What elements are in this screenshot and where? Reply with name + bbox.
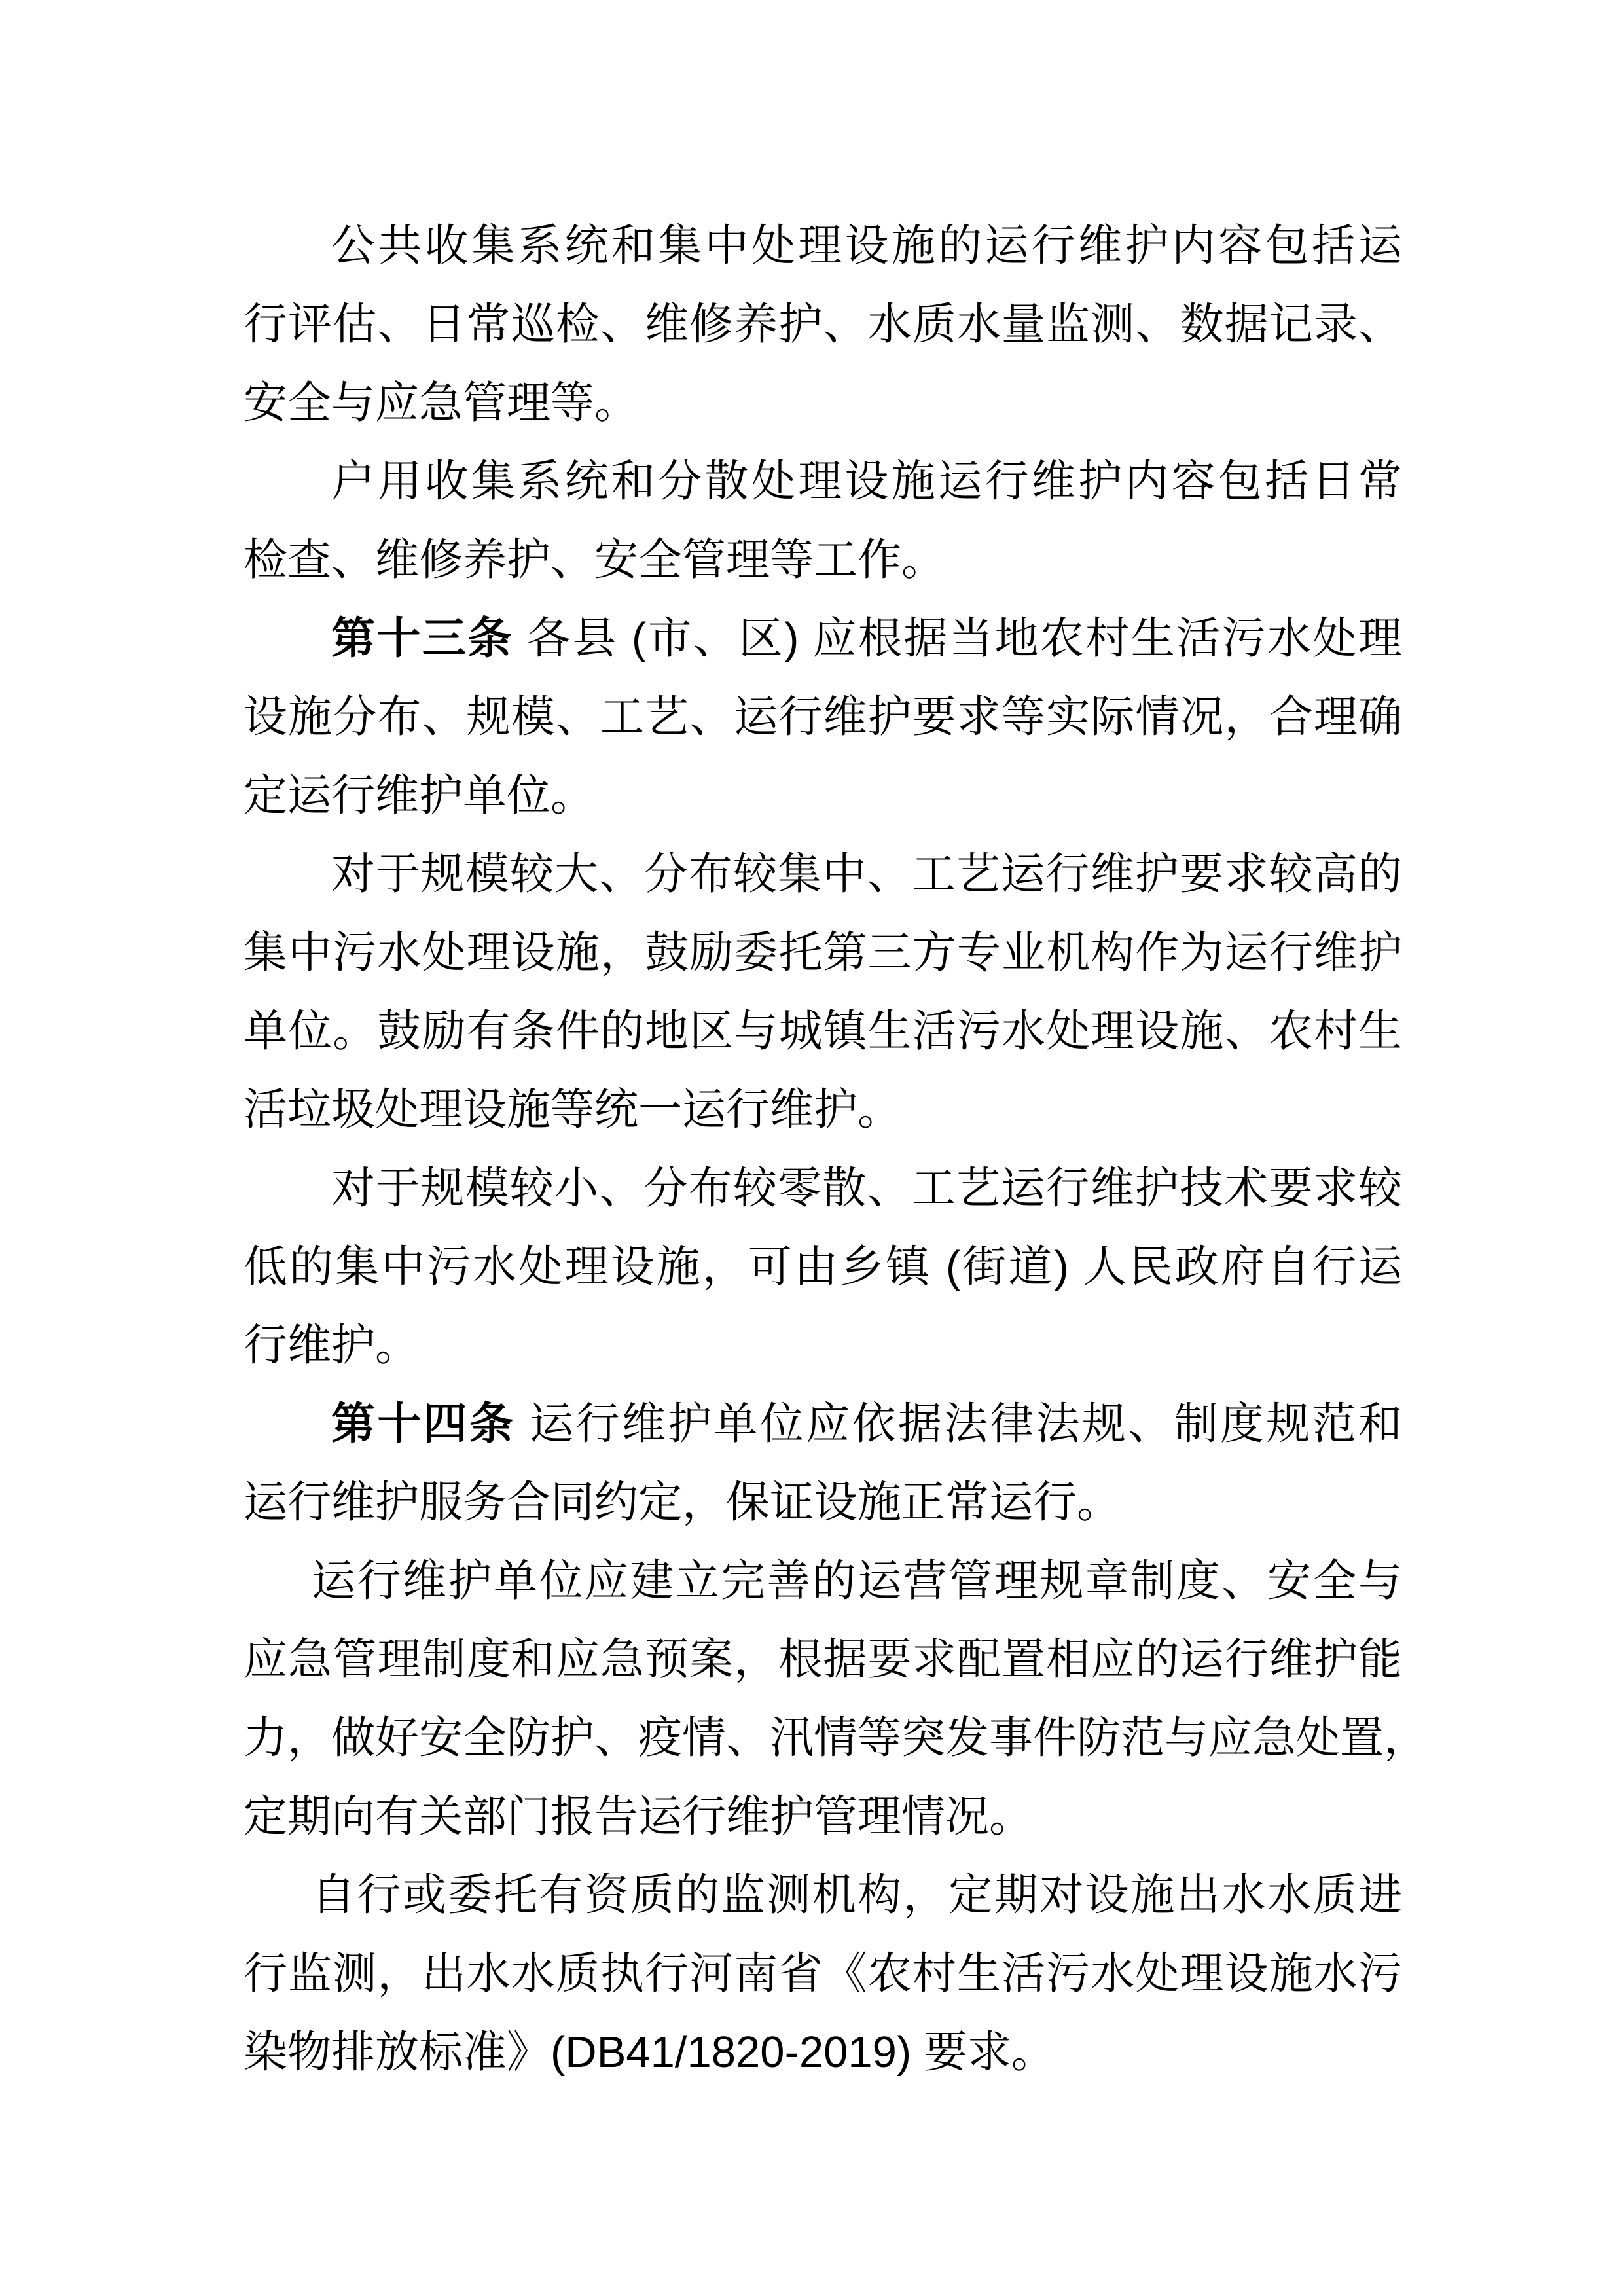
text-line: 染物排放标准》(DB41/1820-2019) 要求。 — [244, 2013, 1402, 2092]
text-line: 第十三条 各县 (市、区) 应根据当地农村生活污水处理 — [244, 600, 1402, 678]
text-line: 运行维护单位应建立完善的运营管理规章制度、安全与 — [244, 1542, 1402, 1621]
text-line: 对于规模较大、分布较集中、工艺运行维护要求较高的 — [244, 835, 1402, 914]
text-line: 定期向有关部门报告运行维护管理情况。 — [244, 1778, 1402, 1856]
paragraph: 对于规模较小、分布较零散、工艺运行维护技术要求较低的集中污水处理设施，可由乡镇 … — [244, 1149, 1402, 1385]
text-line: 低的集中污水处理设施，可由乡镇 (街道) 人民政府自行运 — [244, 1228, 1402, 1306]
article-number: 第十三条 — [331, 614, 513, 663]
paragraph: 对于规模较大、分布较集中、工艺运行维护要求较高的集中污水处理设施，鼓励委托第三方… — [244, 835, 1402, 1149]
text-line: 集中污水处理设施，鼓励委托第三方专业机构作为运行维护 — [244, 914, 1402, 992]
paragraph: 运行维护单位应建立完善的运营管理规章制度、安全与应急管理制度和应急预案，根据要求… — [244, 1542, 1402, 1856]
text-line: 安全与应急管理等。 — [244, 364, 1402, 442]
paragraph: 公共收集系统和集中处理设施的运行维护内容包括运行评估、日常巡检、维修养护、水质水… — [244, 207, 1402, 442]
text-line: 对于规模较小、分布较零散、工艺运行维护技术要求较 — [244, 1149, 1402, 1228]
paragraph: 第十三条 各县 (市、区) 应根据当地农村生活污水处理设施分布、规模、工艺、运行… — [244, 600, 1402, 835]
text-line: 运行维护服务合同约定，保证设施正常运行。 — [244, 1463, 1402, 1542]
text-line: 行监测，出水水质执行河南省《农村生活污水处理设施水污 — [244, 1935, 1402, 2013]
text-line: 户用收集系统和分散处理设施运行维护内容包括日常 — [244, 442, 1402, 521]
paragraph: 户用收集系统和分散处理设施运行维护内容包括日常检查、维修养护、安全管理等工作。 — [244, 442, 1402, 600]
text-line: 行维护。 — [244, 1306, 1402, 1385]
paragraph: 第十四条 运行维护单位应依据法律法规、制度规范和运行维护服务合同约定，保证设施正… — [244, 1385, 1402, 1542]
document-body: 公共收集系统和集中处理设施的运行维护内容包括运行评估、日常巡检、维修养护、水质水… — [244, 207, 1402, 2092]
document-page: 公共收集系统和集中处理设施的运行维护内容包括运行评估、日常巡检、维修养护、水质水… — [0, 0, 1624, 2296]
text-line: 第十四条 运行维护单位应依据法律法规、制度规范和 — [244, 1385, 1402, 1463]
text-line: 应急管理制度和应急预案，根据要求配置相应的运行维护能 — [244, 1621, 1402, 1699]
article-number: 第十四条 — [331, 1399, 515, 1448]
text-line: 力，做好安全防护、疫情、汛情等突发事件防范与应急处置， — [244, 1699, 1402, 1778]
text-line: 公共收集系统和集中处理设施的运行维护内容包括运 — [244, 207, 1402, 285]
text-line: 单位。鼓励有条件的地区与城镇生活污水处理设施、农村生 — [244, 992, 1402, 1071]
text-line: 活垃圾处理设施等统一运行维护。 — [244, 1071, 1402, 1149]
text-line: 行评估、日常巡检、维修养护、水质水量监测、数据记录、 — [244, 285, 1402, 364]
text-line: 定运行维护单位。 — [244, 757, 1402, 835]
paragraph: 自行或委托有资质的监测机构，定期对设施出水水质进行监测，出水水质执行河南省《农村… — [244, 1856, 1402, 2092]
text-line: 自行或委托有资质的监测机构，定期对设施出水水质进 — [244, 1856, 1402, 1935]
text-line: 检查、维修养护、安全管理等工作。 — [244, 521, 1402, 600]
text-line: 设施分布、规模、工艺、运行维护要求等实际情况，合理确 — [244, 678, 1402, 757]
